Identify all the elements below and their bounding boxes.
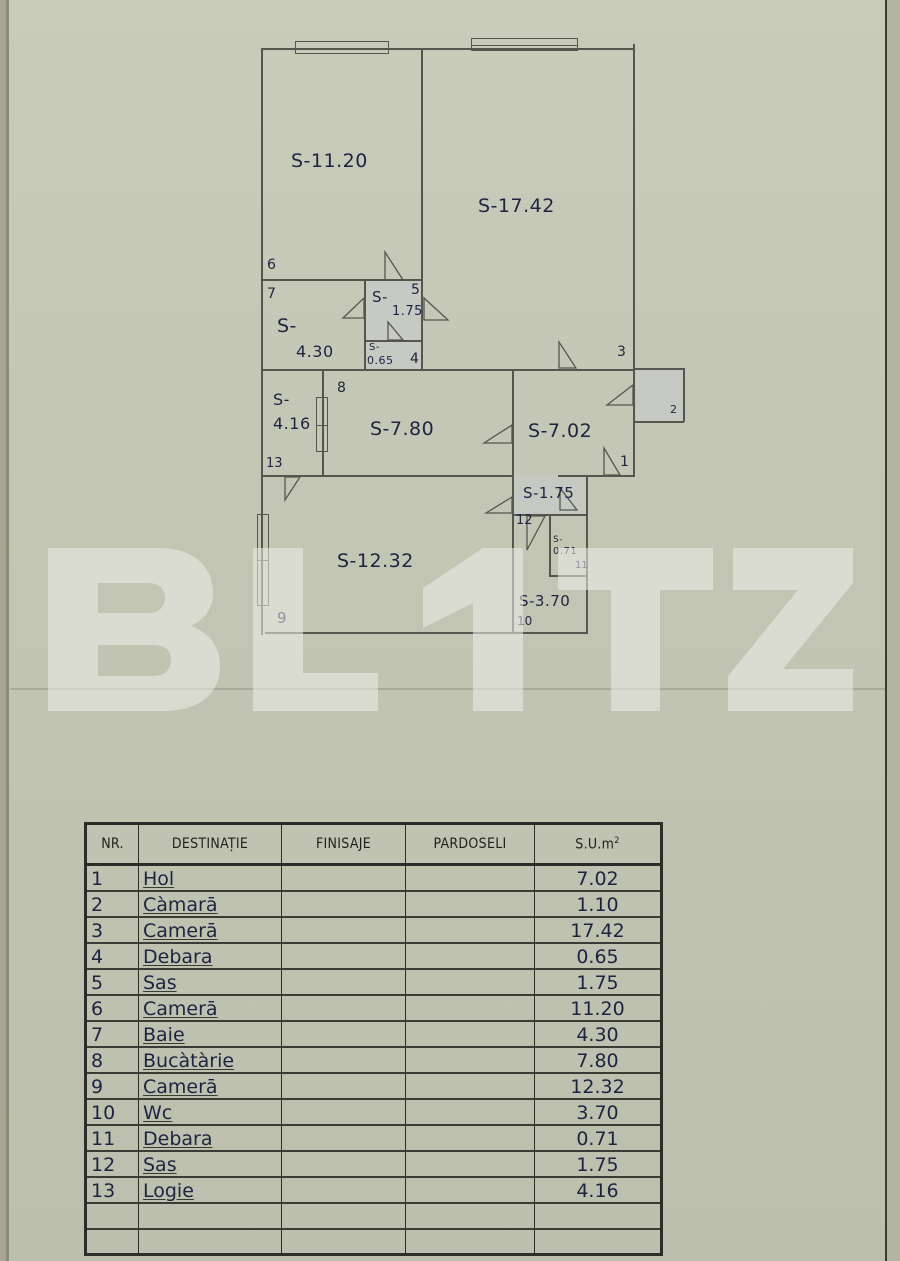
cell-destinatie: Logie xyxy=(139,1177,282,1203)
table-row-empty xyxy=(86,1229,662,1255)
table-row-empty xyxy=(86,1203,662,1229)
cell-destinatie: Càmarā xyxy=(139,891,282,917)
cell-pardoseli xyxy=(406,1021,535,1047)
cell-nr: 9 xyxy=(86,1073,139,1099)
header-pardoseli: PARDOSELI xyxy=(406,824,535,865)
cell-finisaje xyxy=(282,1203,406,1229)
cell-su: 7.80 xyxy=(535,1047,662,1073)
cell-nr xyxy=(86,1203,139,1229)
cell-finisaje xyxy=(282,1177,406,1203)
cell-su: 11.20 xyxy=(535,995,662,1021)
table-row: 1Hol7.02 xyxy=(86,865,662,891)
room-number-6: 6 xyxy=(267,257,276,273)
cell-destinatie: Hol xyxy=(139,865,282,891)
cell-finisaje xyxy=(282,969,406,995)
cell-pardoseli xyxy=(406,943,535,969)
room-number-7: 7 xyxy=(267,286,276,302)
rooms-table: NR. DESTINAȚIE FINISAJE PARDOSELI S.U.m2… xyxy=(84,822,660,1256)
cell-pardoseli xyxy=(406,1229,535,1255)
cell-finisaje xyxy=(282,865,406,891)
room-label-11-bottom: 0.71 xyxy=(553,546,577,557)
cell-finisaje xyxy=(282,1073,406,1099)
cell-finisaje xyxy=(282,1099,406,1125)
table-row: 8Bucàtàrie7.80 xyxy=(86,1047,662,1073)
cell-nr: 1 xyxy=(86,865,139,891)
cell-pardoseli xyxy=(406,1125,535,1151)
header-su-unit: 2 xyxy=(614,836,619,846)
cell-finisaje xyxy=(282,1151,406,1177)
cell-su xyxy=(535,1203,662,1229)
cell-finisaje xyxy=(282,1047,406,1073)
cell-pardoseli xyxy=(406,891,535,917)
table-row: 9Camerā12.32 xyxy=(86,1073,662,1099)
table-row: 2Càmarā1.10 xyxy=(86,891,662,917)
cell-pardoseli xyxy=(406,1203,535,1229)
room-number-5: 5 xyxy=(411,282,420,298)
cell-nr: 10 xyxy=(86,1099,139,1125)
cell-su: 0.71 xyxy=(535,1125,662,1151)
table-row: 11Debara0.71 xyxy=(86,1125,662,1151)
room-number-1: 1 xyxy=(620,454,629,470)
cell-destinatie: Sas xyxy=(139,1151,282,1177)
cell-pardoseli xyxy=(406,1073,535,1099)
cell-destinatie: Bucàtàrie xyxy=(139,1047,282,1073)
room-number-9: 9 xyxy=(277,609,287,627)
cell-pardoseli xyxy=(406,1177,535,1203)
header-su: S.U.m2 xyxy=(535,824,662,865)
room-label-4-top: S- xyxy=(369,342,380,353)
table-row: 3Camerā17.42 xyxy=(86,917,662,943)
table-row: 6Camerā11.20 xyxy=(86,995,662,1021)
cell-su: 1.75 xyxy=(535,969,662,995)
room-number-2: 2 xyxy=(670,403,677,416)
cell-su: 12.32 xyxy=(535,1073,662,1099)
cell-su: 4.30 xyxy=(535,1021,662,1047)
room-label-13-bottom: 4.16 xyxy=(273,414,311,433)
room-label-9: S-12.32 xyxy=(337,550,414,572)
cell-nr: 11 xyxy=(86,1125,139,1151)
cell-finisaje xyxy=(282,995,406,1021)
room-label-12: S-1.75 xyxy=(523,484,574,502)
table-header-row: NR. DESTINAȚIE FINISAJE PARDOSELI S.U.m2 xyxy=(86,824,662,865)
cell-nr: 6 xyxy=(86,995,139,1021)
room-label-8: S-7.80 xyxy=(370,418,434,440)
header-nr: NR. xyxy=(86,824,139,865)
cell-nr: 7 xyxy=(86,1021,139,1047)
cell-destinatie: Camerā xyxy=(139,995,282,1021)
cell-nr: 8 xyxy=(86,1047,139,1073)
cell-su: 3.70 xyxy=(535,1099,662,1125)
room-number-4: 4 xyxy=(410,351,419,367)
room-label-3: S-17.42 xyxy=(478,195,555,217)
cell-destinatie xyxy=(139,1203,282,1229)
cell-su: 0.65 xyxy=(535,943,662,969)
floor-plan: S-11.20 S-17.42 S- 4.30 S- 1.75 S- 0.65 … xyxy=(0,0,900,800)
table-row: 7Baie4.30 xyxy=(86,1021,662,1047)
header-su-label: S.U.m xyxy=(575,836,614,852)
cell-su: 7.02 xyxy=(535,865,662,891)
room-label-5-top: S- xyxy=(372,288,388,306)
header-finisaje: FINISAJE xyxy=(282,824,406,865)
cell-destinatie: Debara xyxy=(139,1125,282,1151)
cell-finisaje xyxy=(282,891,406,917)
room-number-3: 3 xyxy=(617,344,626,360)
cell-finisaje xyxy=(282,1229,406,1255)
cell-nr: 4 xyxy=(86,943,139,969)
cell-destinatie: Debara xyxy=(139,943,282,969)
cell-nr xyxy=(86,1229,139,1255)
cell-destinatie: Baie xyxy=(139,1021,282,1047)
cell-finisaje xyxy=(282,1125,406,1151)
room-label-11-top: S- xyxy=(553,535,563,545)
cell-finisaje xyxy=(282,943,406,969)
room-label-7-bottom: 4.30 xyxy=(296,342,334,361)
room-number-13: 13 xyxy=(266,456,283,471)
cell-su: 4.16 xyxy=(535,1177,662,1203)
room-label-10: S-3.70 xyxy=(519,592,570,610)
cell-nr: 13 xyxy=(86,1177,139,1203)
cell-su: 1.75 xyxy=(535,1151,662,1177)
room-number-10: 10 xyxy=(517,614,532,628)
cell-pardoseli xyxy=(406,1047,535,1073)
cell-destinatie: Wc xyxy=(139,1099,282,1125)
table-body: 1Hol7.02 2Càmarā1.10 3Camerā17.42 4Debar… xyxy=(86,865,662,1255)
cell-finisaje xyxy=(282,917,406,943)
cell-nr: 12 xyxy=(86,1151,139,1177)
cell-destinatie xyxy=(139,1229,282,1255)
cell-destinatie: Camerā xyxy=(139,917,282,943)
cell-su: 1.10 xyxy=(535,891,662,917)
cell-nr: 2 xyxy=(86,891,139,917)
table-row: 13Logie4.16 xyxy=(86,1177,662,1203)
cell-pardoseli xyxy=(406,917,535,943)
room-label-7-top: S- xyxy=(277,315,297,337)
cell-destinatie: Sas xyxy=(139,969,282,995)
cell-su: 17.42 xyxy=(535,917,662,943)
table-row: 12Sas1.75 xyxy=(86,1151,662,1177)
cell-pardoseli xyxy=(406,1151,535,1177)
room-label-1: S-7.02 xyxy=(528,420,592,442)
door-swings xyxy=(0,0,900,800)
room-number-8: 8 xyxy=(337,380,346,396)
room-label-4-bottom: 0.65 xyxy=(367,354,394,367)
room-number-11: 11 xyxy=(575,560,588,571)
room-number-12: 12 xyxy=(516,513,533,528)
cell-pardoseli xyxy=(406,995,535,1021)
room-label-5-bottom: 1.75 xyxy=(392,304,423,319)
table-row: 4Debara0.65 xyxy=(86,943,662,969)
table-row: 10Wc3.70 xyxy=(86,1099,662,1125)
cell-finisaje xyxy=(282,1021,406,1047)
cell-nr: 3 xyxy=(86,917,139,943)
room-label-6: S-11.20 xyxy=(291,150,368,172)
cell-destinatie: Camerā xyxy=(139,1073,282,1099)
room-label-13-top: S- xyxy=(273,390,290,409)
cell-pardoseli xyxy=(406,1099,535,1125)
table-row: 5Sas1.75 xyxy=(86,969,662,995)
cell-su xyxy=(535,1229,662,1255)
cell-nr: 5 xyxy=(86,969,139,995)
cell-pardoseli xyxy=(406,969,535,995)
cell-pardoseli xyxy=(406,865,535,891)
header-destinatie: DESTINAȚIE xyxy=(139,824,282,865)
